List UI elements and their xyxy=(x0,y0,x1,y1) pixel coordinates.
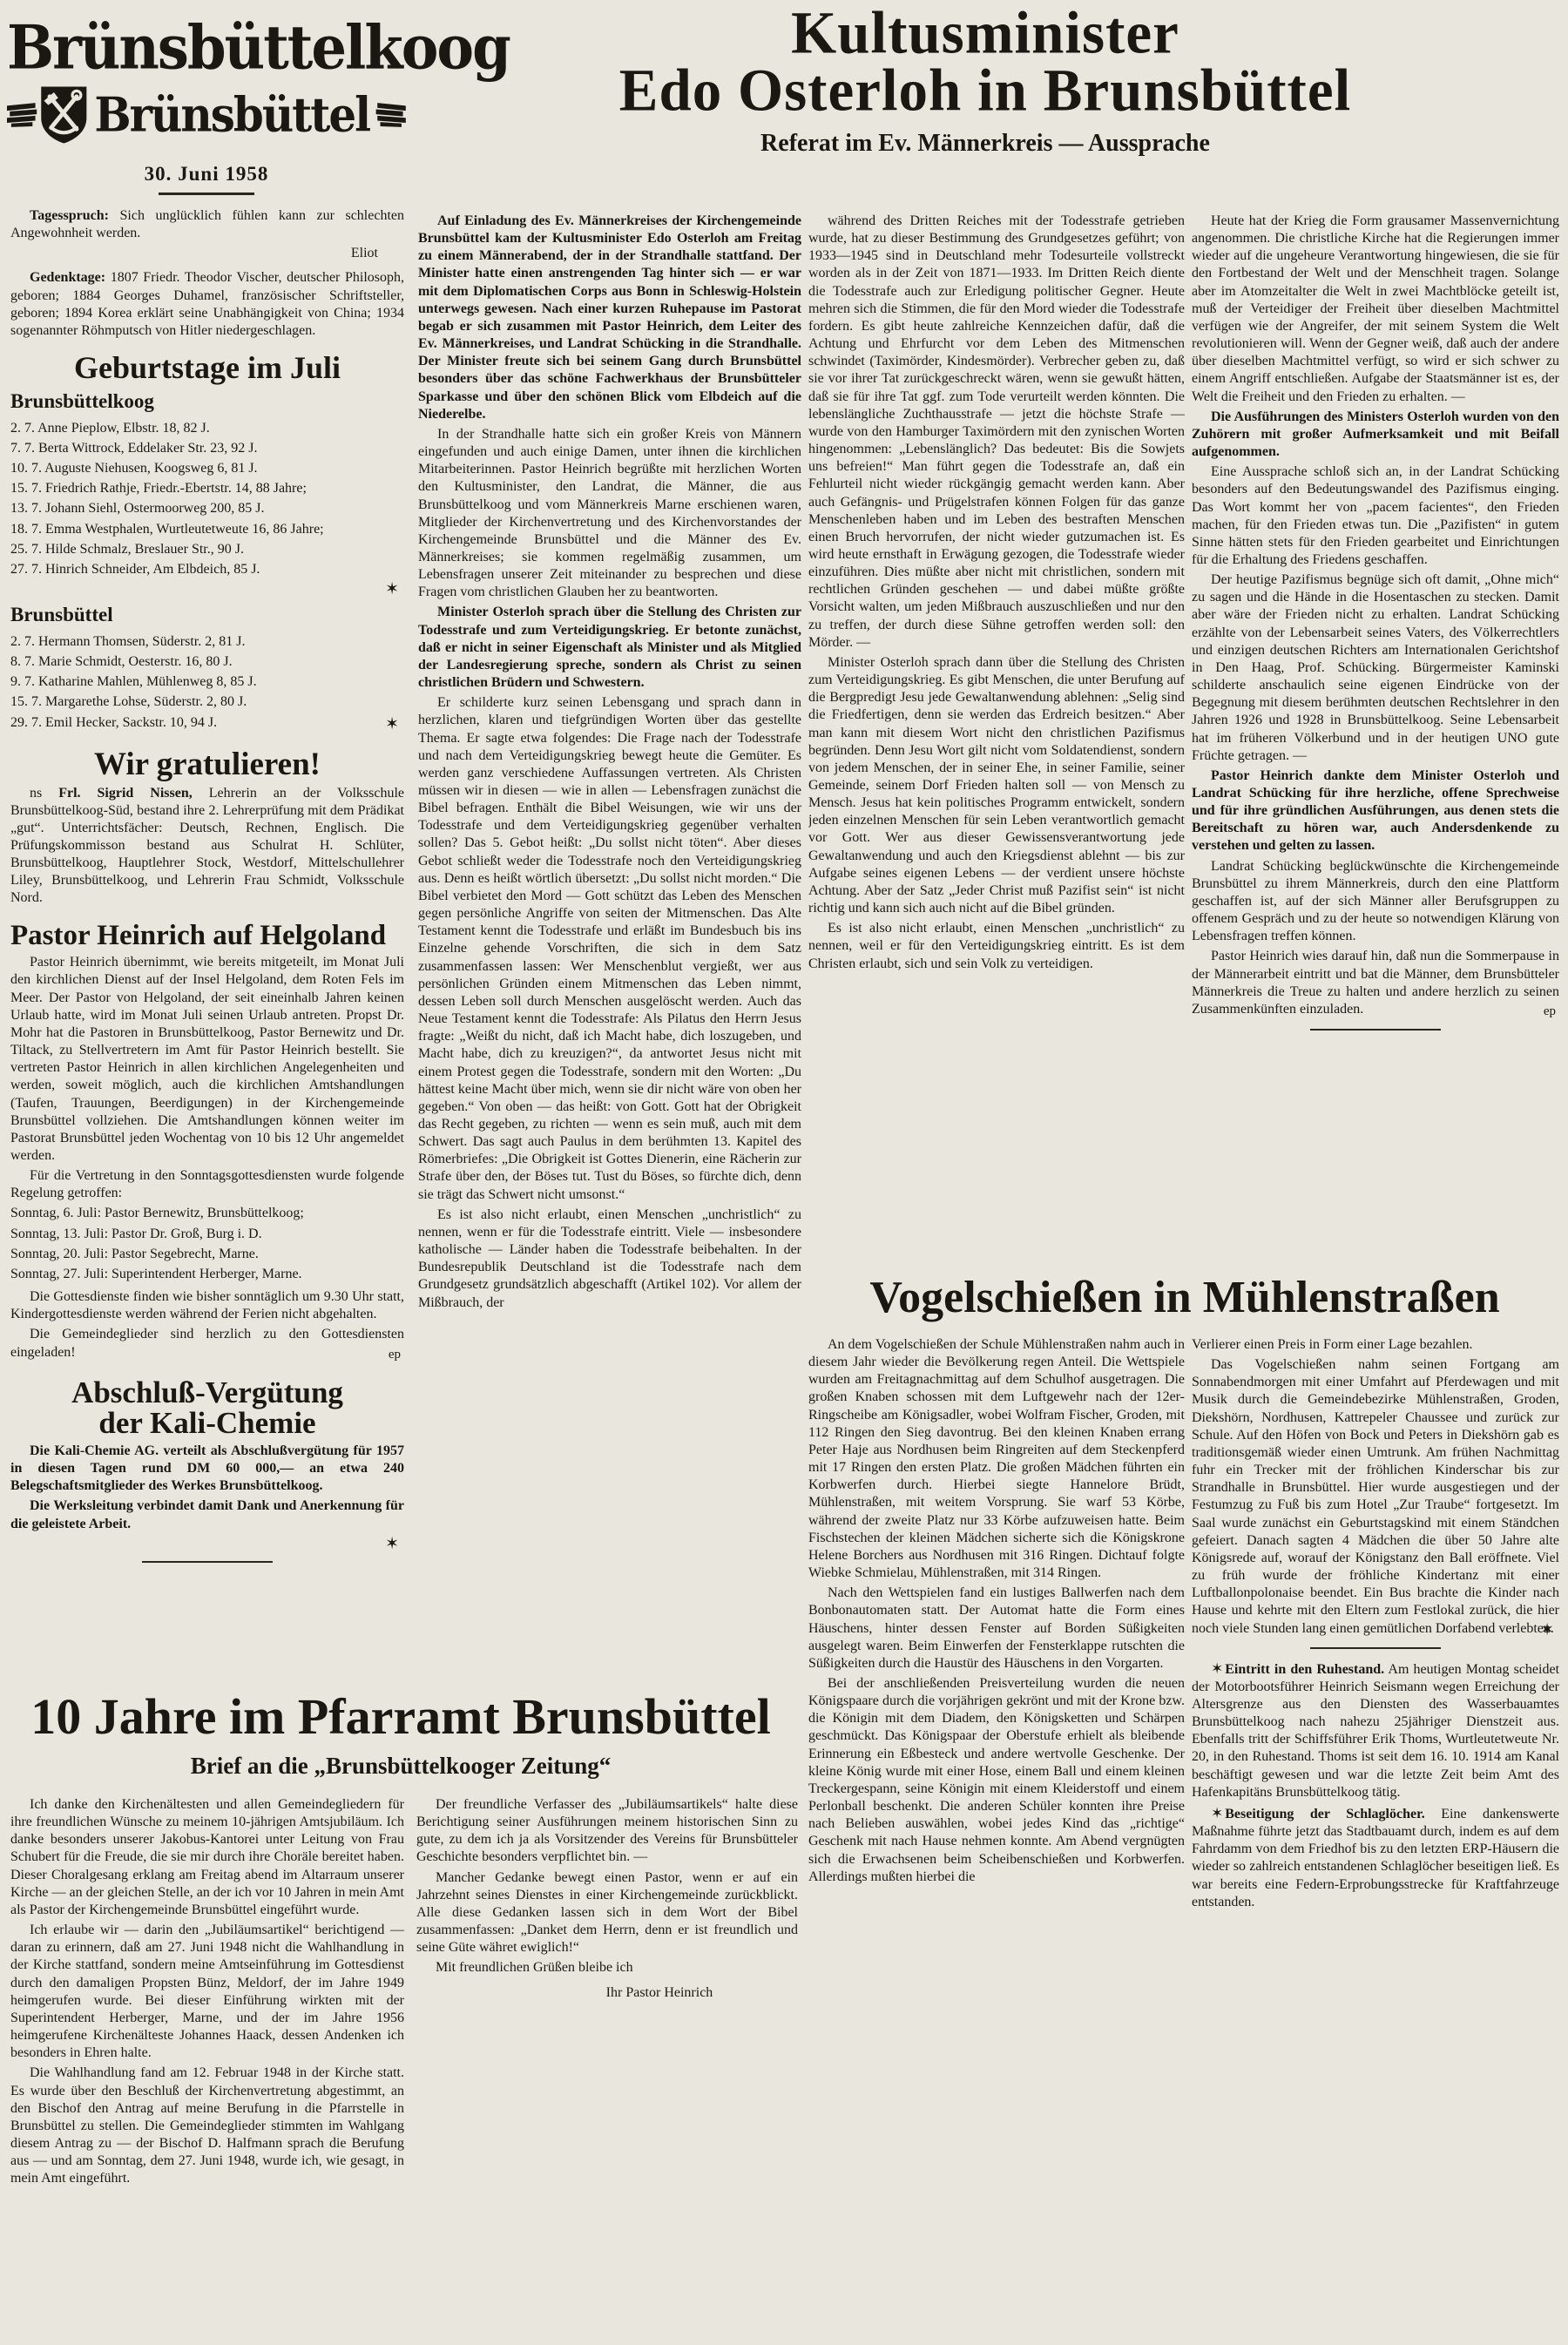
paragraph: Nach den Wettspielen fand ein lustiges B… xyxy=(808,1585,1185,1673)
left-rail-column: Tagesspruch: Sich unglücklich fühlen kan… xyxy=(10,207,404,1690)
birthday-entry: 15. 7. Friedrich Rathje, Friedr.-Ebertst… xyxy=(10,480,404,497)
birthday-entry: 15. 7. Margarethe Lohse, Süderstr. 2, 80… xyxy=(10,693,404,711)
kali-heading-line1: Abschluß-Vergütung xyxy=(71,1375,343,1409)
column-3-paragraphs: Heute hat der Krieg die Form grausamer M… xyxy=(1192,213,1559,1018)
gratulieren-rest: Lehrerin an der Volksschule Brunsbüttelk… xyxy=(10,786,404,906)
notice-title: Eintritt in den Ruhestand. xyxy=(1225,1662,1384,1677)
main-article-column-2: während des Dritten Reiches mit der Tode… xyxy=(808,213,1185,1254)
geburtstage-section1-title: Brunsbüttelkoog xyxy=(10,389,404,415)
notice-schlagloecher: ✶Beseitigung der Schlaglöcher. Eine dank… xyxy=(1192,1804,1559,1911)
gratulieren-name: Frl. Sigrid Nissen, xyxy=(58,786,193,801)
tagesspruch-author: Eliot xyxy=(10,245,404,262)
paragraph: Es ist also nicht erlaubt, einen Mensche… xyxy=(808,920,1185,972)
section-rule xyxy=(1310,1029,1441,1031)
paragraph: Verlierer einen Preis in Form einer Lage… xyxy=(1192,1336,1559,1354)
flourish-left-icon xyxy=(7,100,38,130)
birthday-entry: 2. 7. Anne Pieplow, Elbstr. 18, 82 J. xyxy=(10,420,404,437)
masthead-title-line1: Brünsbüttelkoog xyxy=(7,18,406,78)
notice-title: Beseitigung der Schlaglöcher. xyxy=(1225,1807,1424,1821)
paragraph: Heute hat der Krieg die Form grausamer M… xyxy=(1192,213,1559,406)
flourish-right-icon xyxy=(375,100,406,130)
jubilaeum-subhead: Brief an die „Brunsbüttelkooger Zeitung“ xyxy=(0,1751,801,1781)
headline-line2: Edo Osterloh in Brunsbüttel xyxy=(409,62,1561,120)
geburtstage-section2-title: Brunsbüttel xyxy=(10,603,404,628)
paragraph: Ich erlaube wir — darin den „Jubiläumsar… xyxy=(10,1922,404,2062)
masthead-row: Brünsbüttel xyxy=(7,78,406,152)
birthday-entry: 13. 7. Johann Siehl, Ostermoorweg 200, 8… xyxy=(10,500,404,517)
main-headline: Kultusminister Edo Osterloh in Brunsbütt… xyxy=(409,5,1561,159)
helgoland-paragraphs: Pastor Heinrich übernimmt, wie bereits m… xyxy=(10,954,404,1202)
paragraph: Für die Vertretung in den Sonntagsgottes… xyxy=(10,1167,404,1202)
geburtstage-heading: Geburtstage im Juli xyxy=(10,352,404,384)
paragraph: Die Werksleitung verbindet damit Dank un… xyxy=(10,1497,404,1532)
letter-closing: Mit freundlichen Grüßen bleibe ich xyxy=(416,1959,798,1977)
jubilaeum-header: 10 Jahre im Pfarramt Brunsbüttel Brief a… xyxy=(0,1692,801,1781)
gratulieren-paragraph: ns Frl. Sigrid Nissen, Lehrerin an der V… xyxy=(10,785,404,908)
paragraph: Das Vogelschießen nahm seinen Fortgang a… xyxy=(1192,1356,1559,1638)
paragraph: In der Strandhalle hatte sich ein großer… xyxy=(418,426,801,602)
column-2-paragraphs: während des Dritten Reiches mit der Tode… xyxy=(808,213,1185,973)
paragraph: Minister Osterloh sprach über die Stellu… xyxy=(418,604,801,692)
paragraph: Es ist also nicht erlaubt, einen Mensche… xyxy=(418,1206,801,1312)
paragraph: während des Dritten Reiches mit der Tode… xyxy=(808,213,1185,652)
vogelschiessen-column-right: Verlierer einen Preis in Form einer Lage… xyxy=(1192,1336,1559,2338)
vs-left-paragraphs: An dem Vogelschießen der Schule Mühlenst… xyxy=(808,1336,1185,1886)
gedenktage-label: Gedenktage: xyxy=(30,270,105,285)
service-schedule-line: Sonntag, 27. Juli: Superintendent Herber… xyxy=(10,1266,404,1283)
birthday-entry: 2. 7. Hermann Thomsen, Süderstr. 2, 81 J… xyxy=(10,633,404,651)
headline-line1: Kultusminister xyxy=(409,4,1561,63)
section-rule xyxy=(1310,1647,1441,1649)
tagesspruch: Tagesspruch: Sich unglücklich fühlen kan… xyxy=(10,207,404,242)
paragraph: Die Gottesdienste finden wie bisher sonn… xyxy=(10,1288,404,1323)
kali-paragraphs: Die Kali-Chemie AG. verteilt als Abschlu… xyxy=(10,1443,404,1533)
main-article-column-3: Heute hat der Krieg die Form grausamer M… xyxy=(1192,213,1559,1272)
service-schedule-line: Sonntag, 6. Juli: Pastor Bernewitz, Brun… xyxy=(10,1205,404,1222)
section-star: ✶ xyxy=(10,581,399,598)
gratulieren-heading: Wir gratulieren! xyxy=(10,748,404,781)
jubilaeum-right-paragraphs: Der freundliche Verfasser des „Jubiläums… xyxy=(416,1796,798,1956)
jubilaeum-column-right: Der freundliche Verfasser des „Jubiläums… xyxy=(416,1796,798,2345)
notice-star-icon: ✶ xyxy=(1211,1660,1225,1677)
birthday-entry: 18. 7. Emma Westphalen, Wurtleutetweute … xyxy=(10,521,404,538)
birthday-entry: 27. 7. Hinrich Schneider, Am Elbdeich, 8… xyxy=(10,561,404,578)
headline-subhead: Referat im Ev. Männerkreis — Aussprache xyxy=(409,128,1561,159)
paragraph: An dem Vogelschießen der Schule Mühlenst… xyxy=(808,1336,1185,1582)
paragraph: Mancher Gedanke bewegt einen Pastor, wen… xyxy=(416,1869,798,1957)
jubilaeum-heading: 10 Jahre im Pfarramt Brunsbüttel xyxy=(0,1692,801,1742)
section-star: ✶ xyxy=(10,1536,399,1552)
helgoland-heading: Pastor Heinrich auf Helgoland xyxy=(10,922,404,951)
jubilaeum-column-left: Ich danke den Kirchenältesten und allen … xyxy=(10,1796,404,2345)
newspaper-page: Brünsbüttelkoog Brünsbü xyxy=(0,0,1568,2345)
paragraph: Die Kali-Chemie AG. verteilt als Abschlu… xyxy=(10,1443,404,1495)
tagesspruch-label: Tagesspruch: xyxy=(30,208,109,223)
birthday-entry: 10. 7. Auguste Niehusen, Koogsweg 6, 81 … xyxy=(10,460,404,477)
paragraph: Landrat Schücking beglückwünschte die Ki… xyxy=(1192,858,1559,946)
masthead: Brünsbüttelkoog Brünsbü xyxy=(7,17,406,200)
jubilaeum-left-paragraphs: Ich danke den Kirchenältesten und allen … xyxy=(10,1796,404,2187)
service-schedule-line: Sonntag, 20. Juli: Pastor Segebrecht, Ma… xyxy=(10,1246,404,1263)
paragraph: Der heutige Pazifismus begnüge sich oft … xyxy=(1192,571,1559,765)
main-article-column-1: Auf Einladung des Ev. Männerkreises der … xyxy=(418,213,801,1693)
notice-text: Eine dankenswerte Maßnahme führte jetzt … xyxy=(1192,1807,1559,1909)
kali-heading: Abschluß-Vergütungder Kali-Chemie xyxy=(10,1377,404,1439)
column-1-paragraphs: Auf Einladung des Ev. Männerkreises der … xyxy=(418,213,801,1312)
paragraph: Eine Aussprache schloß sich an, in der L… xyxy=(1192,463,1559,569)
birthday-entry: 8. 7. Marie Schmidt, Oesterstr. 16, 80 J… xyxy=(10,653,404,671)
paragraph: Die Wahlhandlung fand am 12. Februar 194… xyxy=(10,2065,404,2187)
kali-heading-line2: der Kali-Chemie xyxy=(98,1406,315,1440)
masthead-title-line2: Brünsbüttel xyxy=(89,91,375,139)
helgoland-schedule: Sonntag, 6. Juli: Pastor Bernewitz, Brun… xyxy=(10,1205,404,1283)
paragraph: Bei der anschließenden Preisverteilung w… xyxy=(808,1675,1185,1886)
paragraph: Minister Osterloh sprach dann über die S… xyxy=(808,654,1185,917)
vogelschiessen-heading: Vogelschießen in Mühlenstraßen xyxy=(801,1275,1568,1321)
paragraph: Der freundliche Verfasser des „Jubiläums… xyxy=(416,1796,798,1867)
crest-icon xyxy=(38,78,90,152)
service-schedule-line: Sonntag, 13. Juli: Pastor Dr. Groß, Burg… xyxy=(10,1226,404,1243)
gedenktage: Gedenktage: 1807 Friedr. Theodor Vischer… xyxy=(10,269,404,340)
geburtstage-section1-list: 2. 7. Anne Pieplow, Elbstr. 18, 82 J.7. … xyxy=(10,420,404,578)
date-rule xyxy=(159,193,254,195)
issue-date: 30. Juni 1958 xyxy=(7,162,406,187)
vogelschiessen-column-left: An dem Vogelschießen der Schule Mühlenst… xyxy=(808,1336,1185,2338)
notice-text: Am heutigen Montag scheidet der Motorboo… xyxy=(1192,1662,1559,1800)
birthday-entry: 7. 7. Berta Wittrock, Eddelaker Str. 23,… xyxy=(10,440,404,457)
notice-ruhestand: ✶Eintritt in den Ruhestand. Am heutigen … xyxy=(1192,1659,1559,1801)
birthday-entry: 25. 7. Hilde Schmalz, Breslauer Str., 90… xyxy=(10,541,404,558)
paragraph: Die Ausführungen des Ministers Osterloh … xyxy=(1192,409,1559,461)
paragraph: Pastor Heinrich übernimmt, wie bereits m… xyxy=(10,954,404,1165)
paragraph: Ich danke den Kirchenältesten und allen … xyxy=(10,1796,404,1919)
vs-right-paragraphs: Verlierer einen Preis in Form einer Lage… xyxy=(1192,1336,1559,1638)
notice-star-icon: ✶ xyxy=(1211,1805,1225,1821)
paragraph: Pastor Heinrich dankte dem Minister Oste… xyxy=(1192,767,1559,855)
birthday-entry: 9. 7. Katharine Mahlen, Mühlenweg 8, 85 … xyxy=(10,673,404,691)
letter-signature: Ihr Pastor Heinrich xyxy=(416,1984,798,2002)
section-rule xyxy=(142,1561,273,1563)
paragraph: Auf Einladung des Ev. Männerkreises der … xyxy=(418,213,801,423)
gratulieren-lead: ns xyxy=(30,786,42,801)
paragraph: Er schilderte kurz seinen Lebensgang und… xyxy=(418,694,801,1204)
